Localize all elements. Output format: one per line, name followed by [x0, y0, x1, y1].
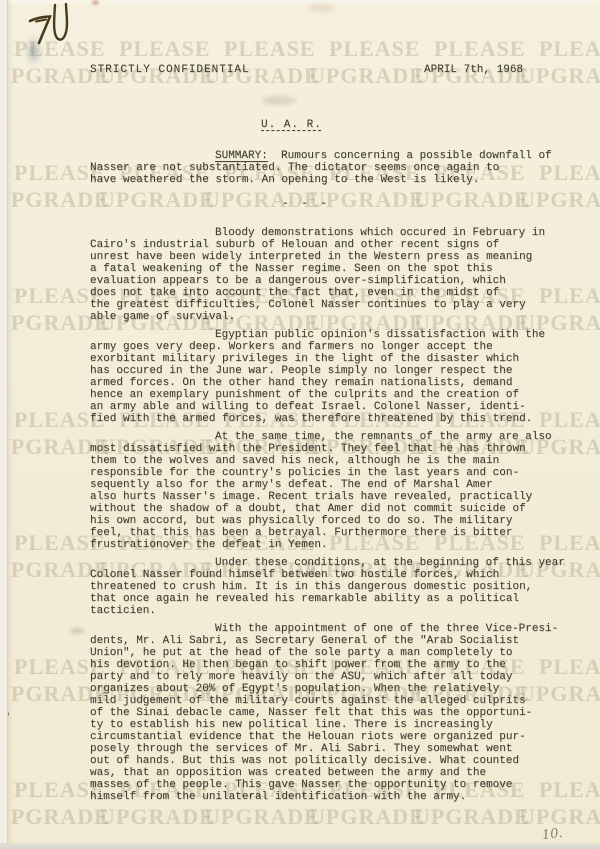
- scan-top-edge: [0, 0, 600, 4]
- paper-stain: [70, 628, 84, 634]
- scanned-document-page: PLEASEUPGRADEPLEASEUPGRADEPLEASEUPGRADEP…: [0, 0, 600, 849]
- section-divider: - - -: [282, 198, 558, 210]
- paragraph: Bloody demonstrations which occured in F…: [90, 227, 558, 323]
- watermark-text: PLEASE: [434, 36, 526, 62]
- page-left-edge: [0, 0, 8, 849]
- watermark-text: PLEASE: [224, 36, 316, 62]
- summary-text: Rumours concerning a possible downfall o…: [90, 150, 552, 186]
- paragraph: Under these conditions, at the beginning…: [90, 557, 558, 617]
- paper-stain: [308, 4, 334, 12]
- scan-bottom-edge: [0, 843, 600, 849]
- summary-label: SUMMARY:: [215, 150, 268, 162]
- document-date: APRIL 7th, 1968: [424, 64, 523, 76]
- watermark-text: PLEASE: [119, 36, 211, 62]
- paper-stain: [262, 96, 296, 105]
- paragraph: At the same time, the remnants of the ar…: [90, 431, 558, 551]
- summary-paragraph: SUMMARY: Rumours concerning a possible d…: [90, 150, 558, 186]
- watermark-text: PLEASE: [329, 36, 421, 62]
- handwritten-page-number: 10.: [541, 826, 563, 843]
- handwritten-mark-7u: [16, 0, 80, 52]
- document-header: STRICTLY CONFIDENTIAL APRIL 7th, 1968: [90, 64, 558, 76]
- document-title: U. A. R.: [261, 119, 322, 131]
- paragraph: With the appointment of one of the three…: [90, 623, 558, 803]
- watermark-text: PLEASE: [539, 36, 600, 62]
- classification-label: STRICTLY CONFIDENTIAL: [90, 64, 250, 76]
- document-body: SUMMARY: Rumours concerning a possible d…: [90, 150, 558, 809]
- paragraph: Egyptian public opinion's dissatisfactio…: [90, 329, 558, 425]
